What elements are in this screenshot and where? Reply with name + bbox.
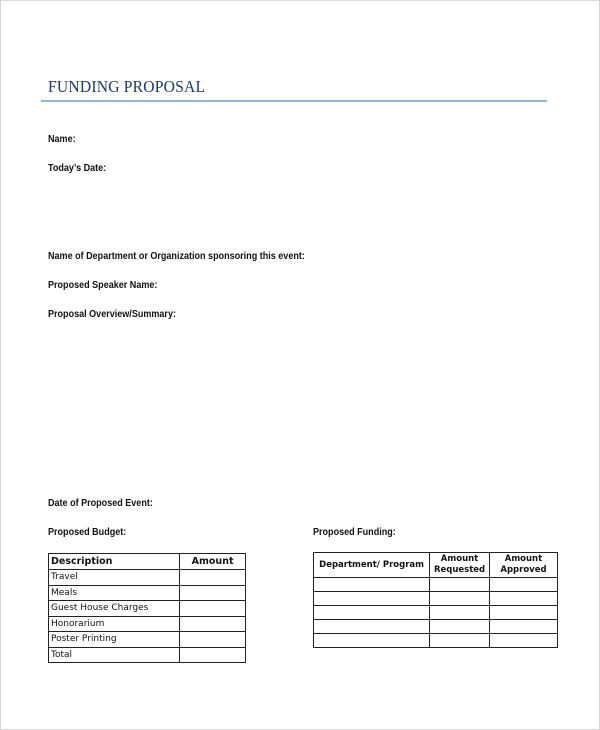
table-row: Total	[49, 647, 246, 663]
budget-description-cell: Guest House Charges	[49, 601, 180, 617]
page-title: FUNDING PROPOSAL	[48, 77, 205, 97]
funding-department-cell[interactable]	[314, 592, 430, 606]
title-divider	[41, 100, 547, 102]
table-row	[314, 606, 558, 620]
department-label: Name of Department or Organization spons…	[48, 250, 305, 262]
funding-department-cell[interactable]	[314, 578, 430, 592]
funding-requested-cell[interactable]	[430, 634, 490, 648]
speaker-name-label: Proposed Speaker Name:	[48, 279, 157, 291]
budget-table-header: Description Amount	[49, 554, 246, 570]
budget-amount-cell[interactable]	[180, 632, 246, 648]
budget-description-cell: Meals	[49, 585, 180, 601]
table-row	[314, 634, 558, 648]
event-date-label: Date of Proposed Event:	[48, 497, 153, 509]
funding-requested-cell[interactable]	[430, 606, 490, 620]
document-page: FUNDING PROPOSAL Name: Today’s Date: Nam…	[0, 0, 600, 730]
funding-department-cell[interactable]	[314, 606, 430, 620]
budget-amount-cell[interactable]	[180, 570, 246, 586]
budget-amount-cell[interactable]	[180, 647, 246, 663]
budget-description-cell: Honorarium	[49, 616, 180, 632]
name-label: Name:	[48, 133, 76, 145]
funding-requested-cell[interactable]	[430, 578, 490, 592]
funding-approved-cell[interactable]	[489, 578, 557, 592]
funding-department-cell[interactable]	[314, 620, 430, 634]
funding-approved-cell[interactable]	[489, 620, 557, 634]
funding-approved-cell[interactable]	[489, 592, 557, 606]
column-header-amount-approved: Amount Approved	[489, 553, 557, 578]
funding-requested-cell[interactable]	[430, 620, 490, 634]
funding-approved-cell[interactable]	[489, 634, 557, 648]
budget-description-cell: Total	[49, 647, 180, 663]
budget-table: Description Amount TravelMealsGuest Hous…	[48, 553, 246, 663]
table-row: Honorarium	[49, 616, 246, 632]
table-row: Poster Printing	[49, 632, 246, 648]
column-header-amount-requested: Amount Requested	[430, 553, 490, 578]
table-row: Meals	[49, 585, 246, 601]
table-row	[314, 578, 558, 592]
table-row	[314, 620, 558, 634]
funding-approved-cell[interactable]	[489, 606, 557, 620]
todays-date-label: Today’s Date:	[48, 162, 106, 174]
funding-table-header: Department/ Program Amount Requested Amo…	[314, 553, 558, 578]
budget-amount-cell[interactable]	[180, 616, 246, 632]
proposal-overview-label: Proposal Overview/Summary:	[48, 308, 176, 320]
column-header-description: Description	[49, 554, 180, 570]
budget-description-cell: Travel	[49, 570, 180, 586]
table-row	[314, 592, 558, 606]
column-header-amount: Amount	[180, 554, 246, 570]
table-row: Travel	[49, 570, 246, 586]
funding-table: Department/ Program Amount Requested Amo…	[313, 552, 558, 648]
table-row: Guest House Charges	[49, 601, 246, 617]
proposed-budget-label: Proposed Budget:	[48, 526, 126, 538]
proposed-funding-label: Proposed Funding:	[313, 526, 396, 538]
budget-description-cell: Poster Printing	[49, 632, 180, 648]
budget-amount-cell[interactable]	[180, 585, 246, 601]
column-header-department-program: Department/ Program	[314, 553, 430, 578]
budget-amount-cell[interactable]	[180, 601, 246, 617]
funding-department-cell[interactable]	[314, 634, 430, 648]
funding-requested-cell[interactable]	[430, 592, 490, 606]
